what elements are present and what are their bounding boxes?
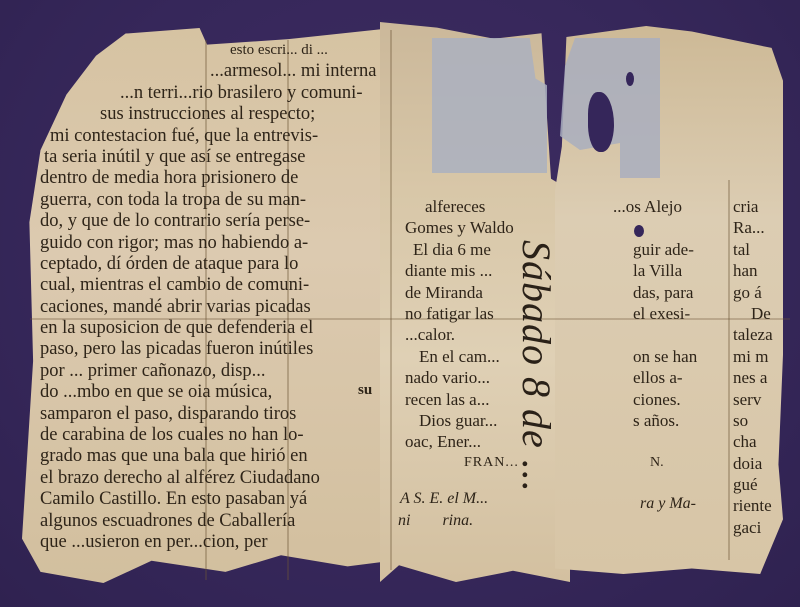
text-line: En el cam... bbox=[405, 346, 514, 367]
text-line: cha bbox=[733, 431, 773, 452]
text-line: tal bbox=[733, 239, 773, 260]
text-line: que ...usieron en per...cion, per bbox=[40, 532, 376, 553]
text-line: grado mas que una bala que hirió en bbox=[40, 446, 376, 467]
text-line: ta seria inútil y que así se entregase bbox=[40, 147, 376, 168]
text-line: el brazo derecho al alférez Ciudadano bbox=[40, 468, 376, 489]
text-line: go á bbox=[733, 282, 773, 303]
text-line: das, para bbox=[633, 282, 697, 303]
text-line: riente bbox=[733, 495, 773, 516]
column-rule bbox=[728, 180, 730, 560]
text-line: el exesi- bbox=[633, 303, 697, 324]
text-line bbox=[633, 324, 697, 345]
text-line: De bbox=[733, 303, 773, 324]
text-line: cria bbox=[733, 196, 773, 217]
text-line: Dios guar... bbox=[405, 410, 514, 431]
text-line: recen las a... bbox=[405, 389, 514, 410]
text-line: Gomes y Waldo bbox=[405, 217, 514, 238]
text-line: serv bbox=[733, 389, 773, 410]
text-line: doia bbox=[733, 453, 773, 474]
text-line: ellos a- bbox=[633, 367, 697, 388]
middle-text-column: alfereces Gomes y Waldo El dia 6 me dian… bbox=[405, 196, 514, 453]
text-line: mi m bbox=[733, 346, 773, 367]
text-line: caciones, mandé abrir varias picadas bbox=[40, 297, 376, 318]
left-text-column: esto escri... di ... ...armesol... mi in… bbox=[40, 40, 376, 553]
text-line: s años. bbox=[633, 410, 697, 431]
text-line: de Miranda bbox=[405, 282, 514, 303]
text-line: so bbox=[733, 410, 773, 431]
footer-fragment: ra y Ma- bbox=[640, 495, 696, 513]
text-line: diante mis ... bbox=[405, 260, 514, 281]
text-line: mi contestacion fué, que la entrevis- bbox=[40, 126, 376, 147]
text-line: ...calor. bbox=[405, 324, 514, 345]
text-line: esto escri... di ... bbox=[40, 40, 376, 61]
text-line: sus instrucciones al respecto; bbox=[40, 104, 376, 125]
footer-line-a: A S. E. el M... bbox=[400, 490, 488, 508]
text-line: gaci bbox=[733, 517, 773, 538]
text-line: ...n terri...rio brasilero y comuni- bbox=[40, 83, 376, 104]
text-line: on se han bbox=[633, 346, 697, 367]
text-line: guido con rigor; mas no habiendo a- bbox=[40, 233, 376, 254]
text-line: cual, mientras el cambio de comuni- bbox=[40, 275, 376, 296]
text-line: paso, pero las picadas fueron inútiles bbox=[40, 339, 376, 360]
middle-right-text-column: ...os Alejo guir ade- la Villa das, para… bbox=[633, 196, 697, 431]
text-line: han bbox=[733, 260, 773, 281]
footer-line-b: ni rina. bbox=[398, 512, 473, 530]
signature-end: N. bbox=[650, 455, 664, 471]
text-line: gué bbox=[733, 474, 773, 495]
text-line: por ... primer cañonazo, disp... bbox=[40, 361, 376, 382]
text-line: ceptado, dí órden de ataque para lo bbox=[40, 254, 376, 275]
text-line: guir ade- bbox=[633, 239, 697, 260]
text-line: alfereces bbox=[405, 196, 514, 217]
text-line: ...os Alejo bbox=[613, 196, 697, 217]
text-line: guerra, con toda la tropa de su man- bbox=[40, 190, 376, 211]
text-line: en la suposicion de que defenderia el bbox=[40, 318, 376, 339]
far-right-text-column: cria Ra... tal han go á De taleza mi m n… bbox=[733, 196, 773, 538]
masthead-date-vertical: Sábado 8 de ... bbox=[513, 240, 560, 493]
text-line: oac, Ener... bbox=[405, 431, 514, 452]
text-line: Camilo Castillo. En esto pasaban yá bbox=[40, 489, 376, 510]
text-line: nes a bbox=[733, 367, 773, 388]
text-line: taleza bbox=[733, 324, 773, 345]
text-line: la Villa bbox=[633, 260, 697, 281]
text-line: dentro de media hora prisionero de bbox=[40, 168, 376, 189]
paper-hole-small bbox=[626, 72, 634, 86]
fold-line-3 bbox=[390, 30, 392, 570]
text-line bbox=[633, 217, 697, 238]
text-line: El dia 6 me bbox=[405, 239, 514, 260]
text-line: samparon el paso, disparando tiros bbox=[40, 404, 376, 425]
text-line: nado vario... bbox=[405, 367, 514, 388]
text-line: do, y que de lo contrario sería perse- bbox=[40, 211, 376, 232]
text-line: algunos escuadrones de Caballería bbox=[40, 511, 376, 532]
text-line: ciones. bbox=[633, 389, 697, 410]
text-line: do ...mbo en que se oia música, bbox=[40, 382, 376, 403]
text-line: ...armesol... mi interna bbox=[40, 61, 376, 82]
signature-fragment: FRAN... bbox=[464, 455, 519, 471]
text-line: de carabina de los cuales no han lo- bbox=[40, 425, 376, 446]
text-line: no fatigar las bbox=[405, 303, 514, 324]
stray-word: su bbox=[358, 382, 372, 399]
text-line: Ra... bbox=[733, 217, 773, 238]
bluish-stain-left bbox=[432, 38, 547, 173]
